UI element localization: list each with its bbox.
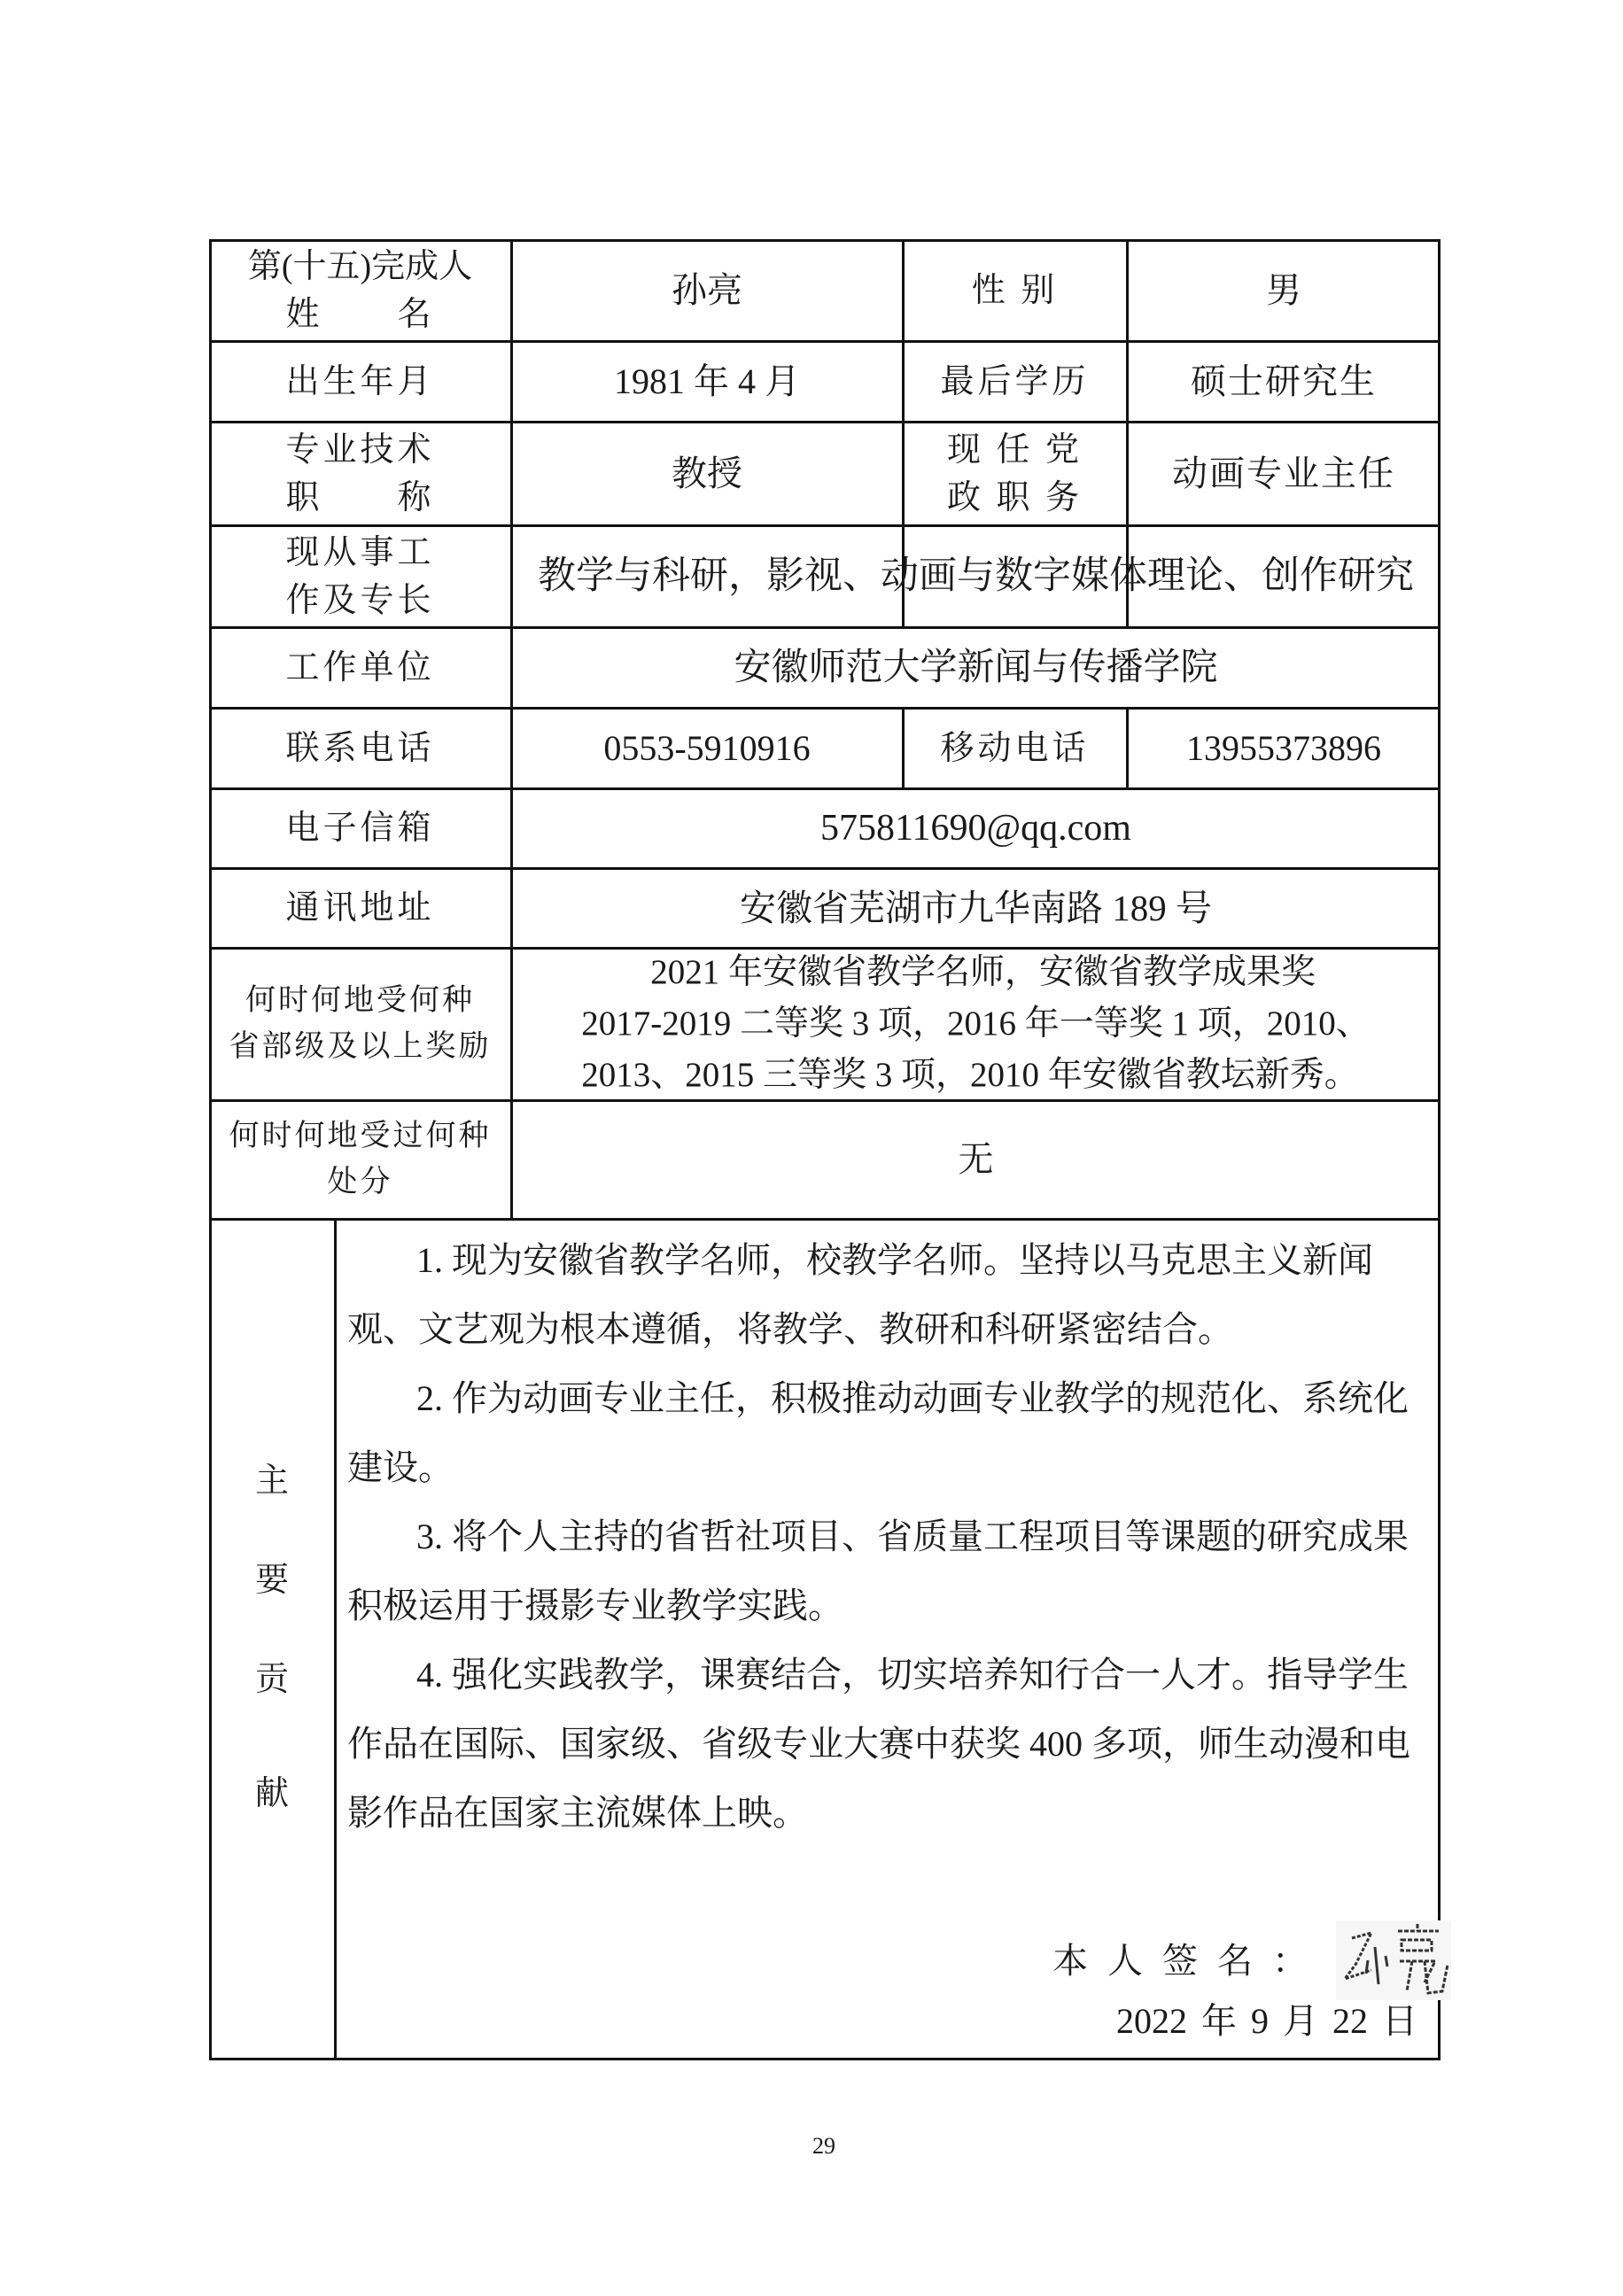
name-value: 孙亮 [511,239,903,341]
name-label: 第(十五)完成人 姓 名 [209,239,511,341]
gender-value: 男 [1127,239,1441,341]
contribution-label-char: 要 [209,1552,335,1601]
contribution-label-char: 主 [209,1453,335,1501]
signature-label: 本人签名： [1052,1941,1327,1981]
awards-label-line1: 何时何地受何种 [245,978,475,1024]
awards-line: 2013、2015 三等奖 3 项，2010 年安徽省教坛新秀。 [581,1050,1371,1101]
work-label-line2: 作及专长 [285,577,434,624]
contribution-label-char: 献 [209,1765,335,1814]
post-label: 现 任 党 政 职 务 [903,422,1127,525]
title-value: 教授 [511,422,903,525]
post-label-line1: 现 任 党 [947,426,1083,474]
phone-label: 联系电话 [209,708,511,788]
gender-label: 性 别 [903,239,1127,341]
awards-value: 2021 年安徽省教学名师，安徽省教学成果奖 2017-2019 二等奖 3 项… [511,948,1441,1100]
punishment-label-line2: 处分 [328,1160,393,1206]
awards-line: 2021 年安徽省教学名师，安徽省教学成果奖 [581,947,1371,998]
mobile-value: 13955373896 [1127,708,1441,788]
page-number: 29 [797,2133,850,2160]
email-value: 575811690@qq.com [511,788,1441,868]
contribution-paragraph: 1. 现为安徽省教学名师，校教学名师。坚持以马克思主义新闻观、文艺观为根本遵循，… [347,1226,1433,1364]
name-label-line1: 第(十五)完成人 [248,243,472,291]
education-label: 最后学历 [903,341,1127,422]
punishment-value: 无 [511,1100,1441,1219]
mobile-label: 移动电话 [903,708,1127,788]
title-label: 专业技术 职 称 [209,422,511,525]
signature-date: 2022 年 9 月 22 日 [1116,1993,1417,2044]
post-label-line2: 政 职 务 [947,474,1083,522]
signature-scribble-icon [1336,1920,1451,2000]
unit-label: 工作单位 [209,627,511,708]
punishment-label: 何时何地受过何种 处分 [209,1100,511,1219]
birth-label: 出生年月 [209,341,511,422]
awards-label: 何时何地受何种 省部级及以上奖励 [209,948,511,1100]
title-label-line1: 专业技术 [285,426,434,474]
column-divider [334,1219,337,2060]
contribution-text: 1. 现为安徽省教学名师，校教学名师。坚持以马克思主义新闻观、文艺观为根本遵循，… [347,1226,1433,1848]
contribution-paragraph: 2. 作为动画专业主任，积极推动动画专业教学的规范化、系统化建设。 [347,1364,1433,1502]
awards-label-line2: 省部级及以上奖励 [229,1024,492,1070]
work-value: 教学与科研，影视、动画与数字媒体理论、创作研究 [511,525,1441,627]
birth-value: 1981 年 4 月 [511,341,903,422]
email-label: 电子信箱 [209,788,511,868]
address-label: 通讯地址 [209,868,511,948]
post-value: 动画专业主任 [1127,422,1441,525]
contribution-paragraph: 4. 强化实践教学，课赛结合，切实培养知行合一人才。指导学生作品在国际、国家级、… [347,1641,1433,1848]
work-label: 现从事工 作及专长 [209,525,511,627]
punishment-label-line1: 何时何地受过何种 [229,1113,492,1160]
address-value: 安徽省芜湖市九华南路 189 号 [511,868,1441,948]
document-page: 第(十五)完成人 姓 名 孙亮 性 别 男 出生年月 1981 年 4 月 最后… [0,0,1623,2296]
education-value: 硕士研究生 [1127,341,1441,422]
contribution-label-char: 贡 [209,1651,335,1700]
work-label-line1: 现从事工 [285,529,434,577]
title-label-line2: 职 称 [285,474,434,522]
awards-text: 2021 年安徽省教学名师，安徽省教学成果奖 2017-2019 二等奖 3 项… [569,947,1383,1101]
unit-value: 安徽师范大学新闻与传播学院 [511,627,1441,708]
name-label-line2: 姓 名 [285,291,434,338]
awards-line: 2017-2019 二等奖 3 项，2016 年一等奖 1 项，2010、 [581,998,1371,1050]
contribution-paragraph: 3. 将个人主持的省哲社项目、省质量工程项目等课题的研究成果积极运用于摄影专业教… [347,1502,1433,1641]
phone-value: 0553-5910916 [511,708,903,788]
